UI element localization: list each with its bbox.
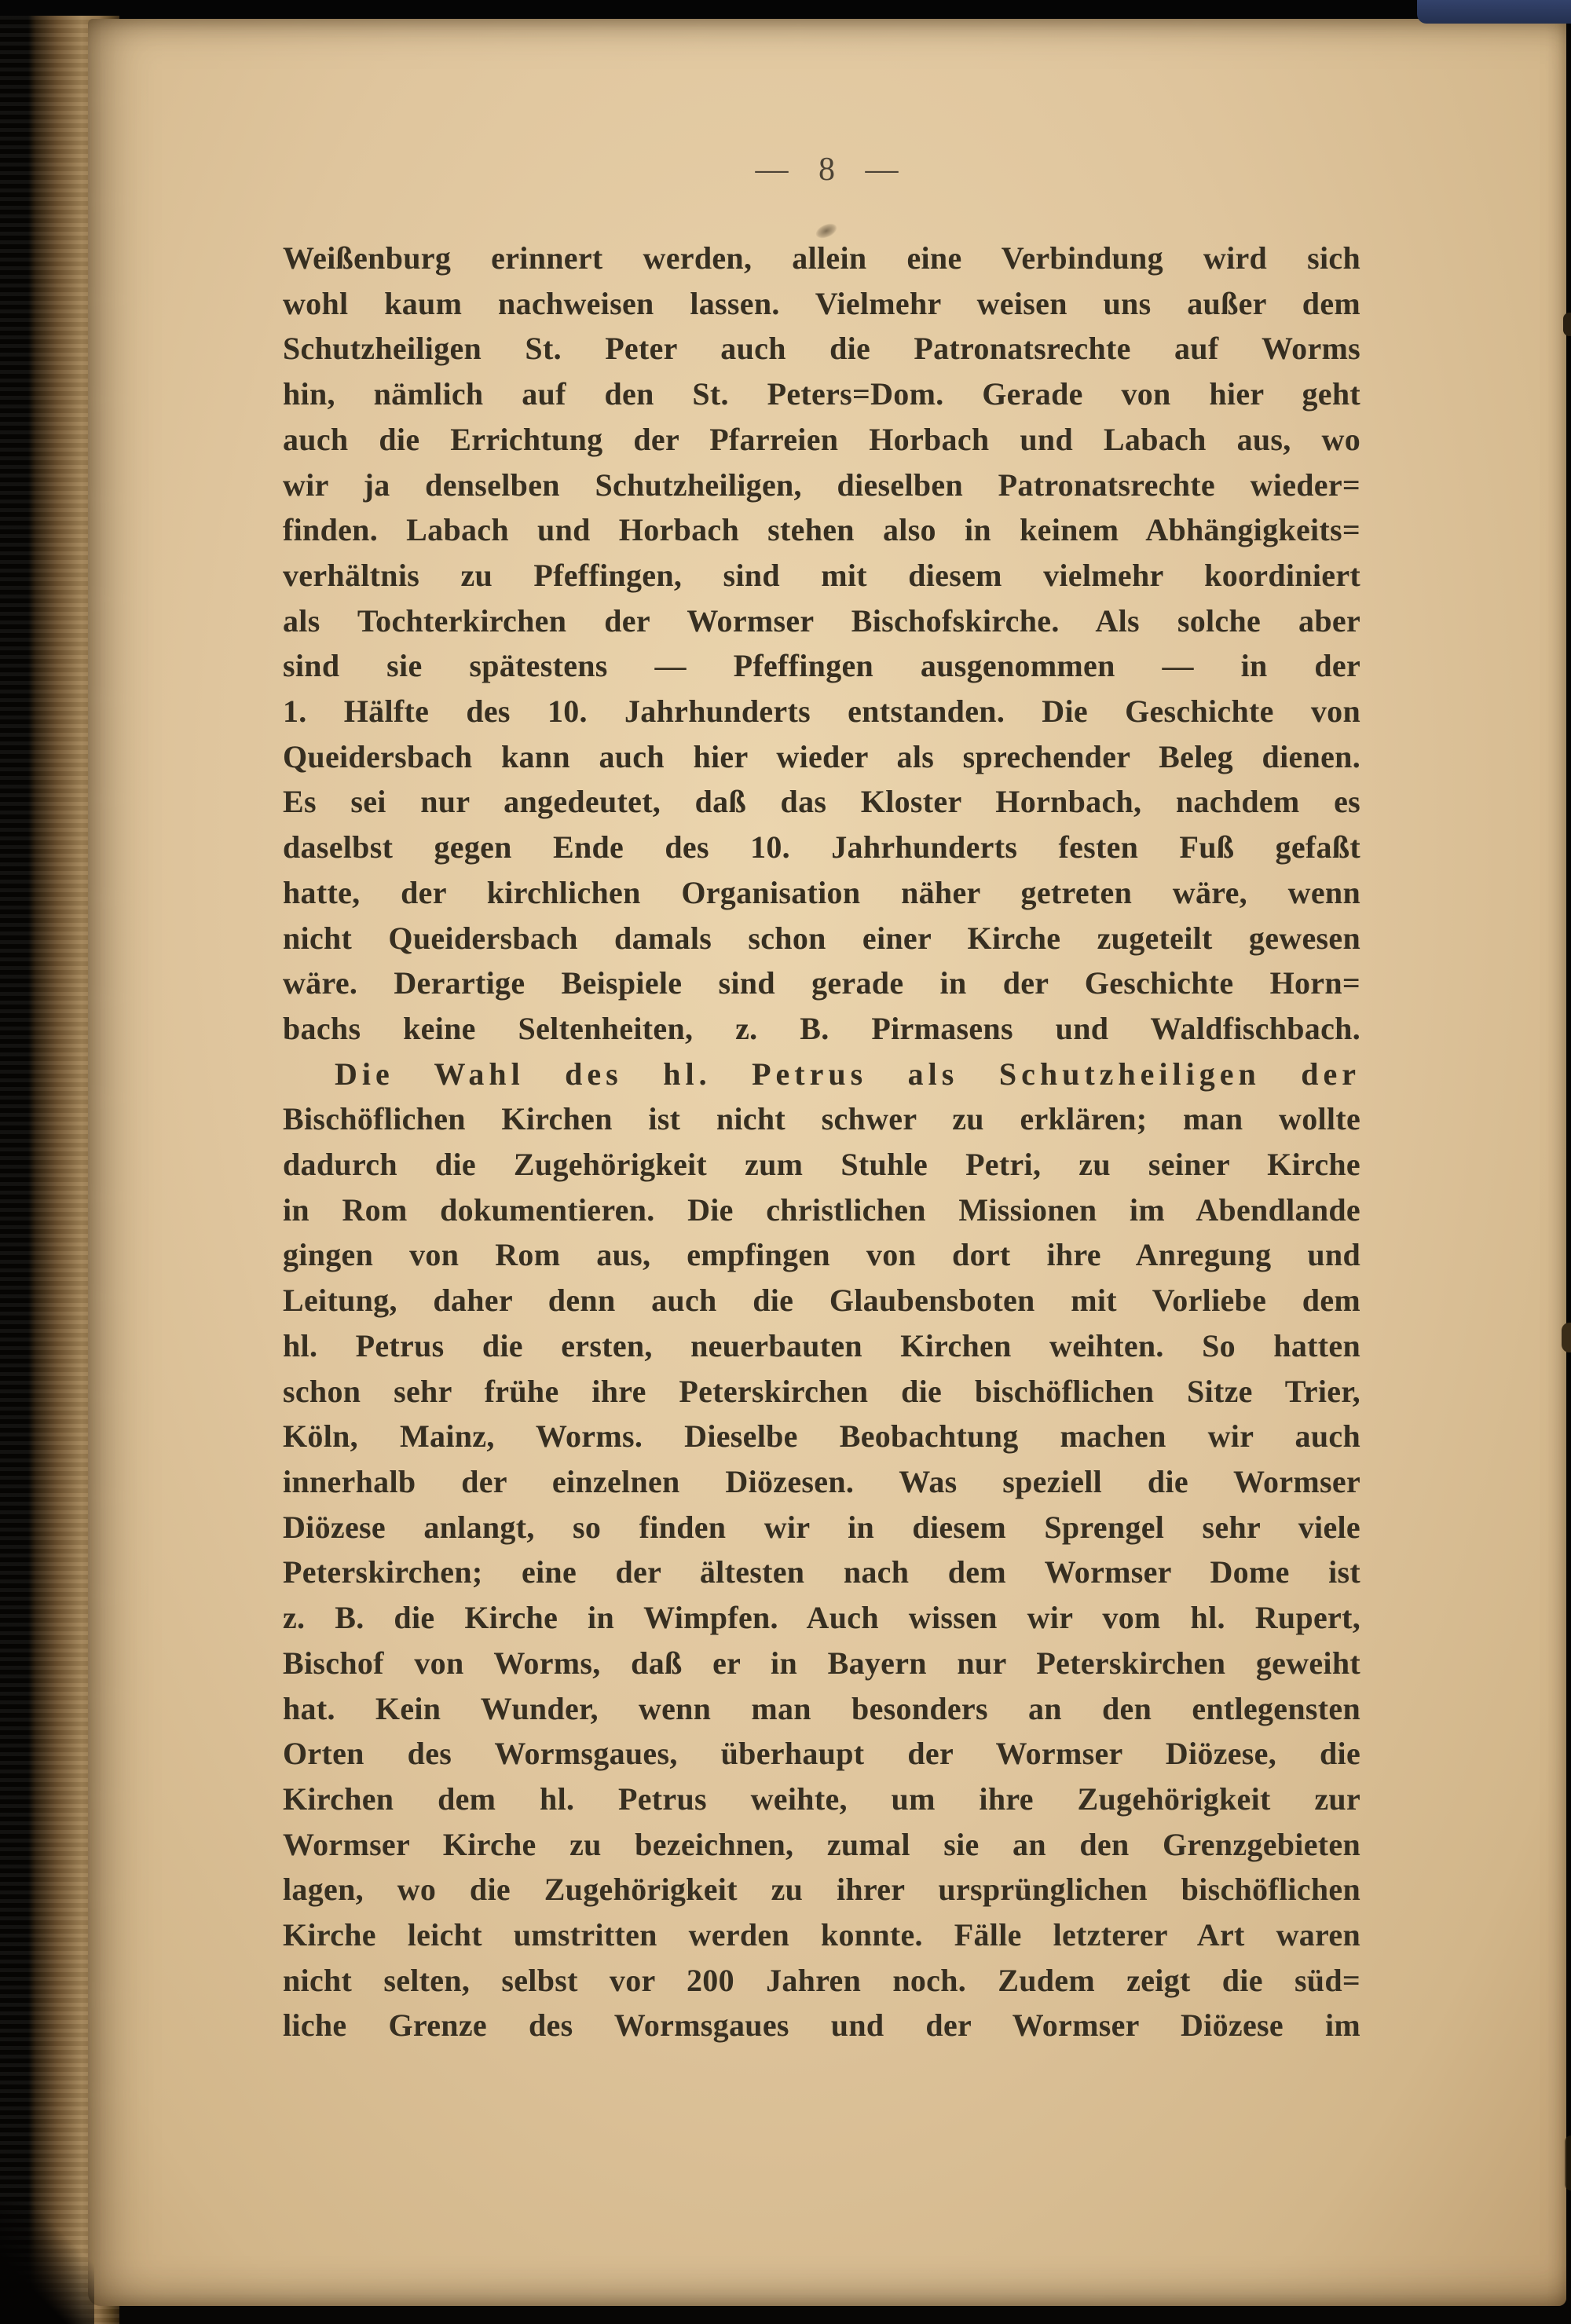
text-line: Peterskirchen; eine der ältesten nach de… <box>283 1550 1360 1595</box>
scan-edge-speck <box>1563 313 1571 336</box>
text-line: Köln, Mainz, Worms. Dieselbe Beobachtung… <box>283 1414 1360 1459</box>
page-number-dash-right: — <box>866 152 899 188</box>
text-line: nicht selten, selbst vor 200 Jahren noch… <box>283 1958 1360 2004</box>
text-line: finden. Labach und Horbach stehen also i… <box>283 507 1360 553</box>
text-line: Weißenburg erinnert werden, allein eine … <box>283 236 1360 281</box>
text-line: hl. Petrus die ersten, neuerbauten Kirch… <box>283 1323 1360 1369</box>
text-line: 1. Hälfte des 10. Jahrhunderts entstande… <box>283 689 1360 734</box>
text-line: verhältnis zu Pfeffingen, sind mit diese… <box>283 553 1360 598</box>
text-line: z. B. die Kirche in Wimpfen. Auch wissen… <box>283 1595 1360 1641</box>
scanned-book-photo: — 8 — Weißenburg erinnert werden, allein… <box>0 0 1571 2324</box>
scan-edge-speck <box>1565 2136 1571 2190</box>
text-line: Queidersbach kann auch hier wieder als s… <box>283 734 1360 780</box>
text-line: liche Grenze des Wormsgaues und der Worm… <box>283 2003 1360 2048</box>
page-number-dash-left: — <box>756 152 789 188</box>
text-line: als Tochterkirchen der Wormser Bischofsk… <box>283 598 1360 644</box>
text-line: daselbst gegen Ende des 10. Jahrhunderts… <box>283 825 1360 870</box>
body-text: Weißenburg erinnert werden, allein eine … <box>283 236 1360 2048</box>
text-line: wohl kaum nachweisen lassen. Vielmehr we… <box>283 281 1360 327</box>
text-line: wäre. Derartige Beispiele sind gerade in… <box>283 961 1360 1006</box>
text-line: auch die Errichtung der Pfarreien Horbac… <box>283 417 1360 463</box>
text-line: Leitung, daher denn auch die Glaubensbot… <box>283 1278 1360 1323</box>
text-line: Kirchen dem hl. Petrus weihte, um ihre Z… <box>283 1777 1360 1822</box>
text-line: gingen von Rom aus, empfingen von dort i… <box>283 1232 1360 1278</box>
text-line: hat. Kein Wunder, wenn man besonders an … <box>283 1686 1360 1732</box>
scan-corner-shadow <box>0 2198 94 2324</box>
text-line: Wormser Kirche zu bezeichnen, zumal sie … <box>283 1822 1360 1868</box>
text-line: bachs keine Seltenheiten, z. B. Pirmasen… <box>283 1006 1360 1052</box>
text-line: nicht Queidersbach damals schon einer Ki… <box>283 916 1360 961</box>
text-line: schon sehr frühe ihre Peterskirchen die … <box>283 1369 1360 1415</box>
text-line: Schutzheiligen St. Peter auch die Patron… <box>283 326 1360 371</box>
text-line: hatte, der kirchlichen Organisation nähe… <box>283 870 1360 916</box>
text-line: hin, nämlich auf den St. Peters=Dom. Ger… <box>283 371 1360 417</box>
text-line: dadurch die Zugehörigkeit zum Stuhle Pet… <box>283 1142 1360 1188</box>
text-line: in Rom dokumentieren. Die christlichen M… <box>283 1188 1360 1233</box>
book-page: — 8 — Weißenburg erinnert werden, allein… <box>88 19 1566 2306</box>
text-line: wir ja denselben Schutzheiligen, dieselb… <box>283 463 1360 508</box>
scan-top-edge <box>0 0 1571 19</box>
text-line: Die Wahl des hl. Petrus als Schutzheilig… <box>283 1052 1360 1097</box>
text-line: sind sie spätestens — Pfeffingen ausgeno… <box>283 643 1360 689</box>
text-line: lagen, wo die Zugehörigkeit zu ihrer urs… <box>283 1867 1360 1912</box>
page-number-value: 8 <box>818 152 836 188</box>
text-line: innerhalb der einzelnen Diözesen. Was sp… <box>283 1459 1360 1505</box>
page-number: — 8 — <box>88 151 1566 188</box>
scan-edge-speck <box>1562 1323 1571 1352</box>
text-line: Orten des Wormsgaues, überhaupt der Worm… <box>283 1731 1360 1777</box>
text-line: Bischof von Worms, daß er in Bayern nur … <box>283 1641 1360 1686</box>
text-line: Diözese anlangt, so finden wir in diesem… <box>283 1505 1360 1550</box>
top-right-tab <box>1417 0 1571 24</box>
text-line: Kirche leicht umstritten werden konnte. … <box>283 1912 1360 1958</box>
text-line: Es sei nur angedeutet, daß das Kloster H… <box>283 779 1360 825</box>
text-line: Bischöflichen Kirchen ist nicht schwer z… <box>283 1096 1360 1142</box>
